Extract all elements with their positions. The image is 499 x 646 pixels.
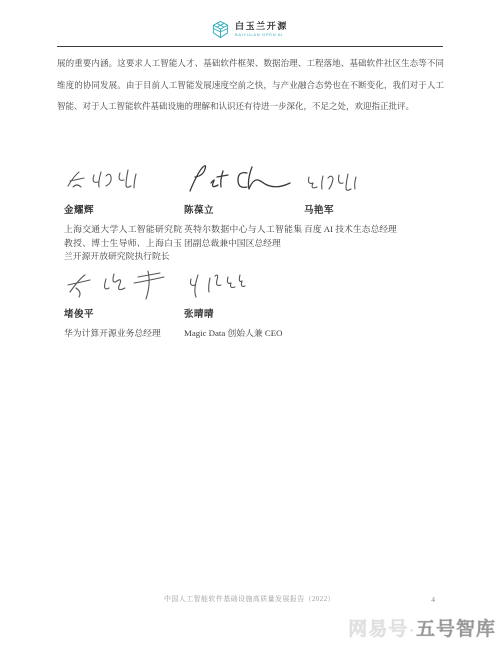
signature-area xyxy=(304,156,454,196)
footer-report-title: 中国人工智能软件基础设施高质量发展报告（2022） xyxy=(0,594,499,604)
signatory-name: 张晴晴 xyxy=(184,306,336,320)
signatory-title: Magic Data 创始人兼 CEO xyxy=(184,327,336,341)
signatory-title: 百度 AI 技术生态总经理 xyxy=(304,223,454,237)
signature-area xyxy=(184,156,302,196)
ma-yanjun-signature xyxy=(304,170,366,196)
logo-name: 白玉兰开源 xyxy=(235,22,288,31)
signatory-ma-yanjun: 马艳军 百度 AI 技术生态总经理 xyxy=(304,156,454,237)
signatory-title: 上海交通大学人工智能研究院教授、博士生导师、上海白玉兰开源开放研究院执行院长 xyxy=(64,223,182,264)
chen-baoli-signature xyxy=(184,162,294,196)
watermark-separator: · xyxy=(409,624,415,640)
watermark-brand: 五号智库 xyxy=(416,614,496,641)
signatory-jin-yaohui: 金耀辉 上海交通大学人工智能研究院教授、博士生导师、上海白玉兰开源开放研究院执行… xyxy=(64,156,182,264)
signatory-name: 金耀辉 xyxy=(64,202,182,216)
signatory-chen-baoli: 陈葆立 英特尔数据中心与人工智能集团副总裁兼中国区总经理 xyxy=(184,156,302,250)
report-page: 白玉兰开源 BAIYULAN OPEN AI 展的重要内涵。这要求人工智能人才、… xyxy=(0,0,499,646)
header-logo: 白玉兰开源 BAIYULAN OPEN AI xyxy=(0,20,499,39)
signatory-name: 堵俊平 xyxy=(64,306,182,320)
signature-area xyxy=(64,266,182,300)
signature-area xyxy=(64,156,182,196)
signatory-du-junping: 堵俊平 华为计算开源业务总经理 xyxy=(64,266,182,341)
signature-area xyxy=(184,266,336,300)
page-number: 4 xyxy=(431,595,435,604)
zhang-qingqing-signature xyxy=(184,270,256,300)
intro-paragraph: 展的重要内涵。这要求人工智能人才、基础软件框架、数据治理、工程落地、基础软件社区… xyxy=(57,53,444,118)
watermark-platform: 网易号 xyxy=(348,614,408,641)
signatory-title: 华为计算开源业务总经理 xyxy=(64,327,182,341)
cube-lattice-icon xyxy=(211,20,230,39)
header-divider xyxy=(57,46,443,47)
signatory-zhang-qingqing: 张晴晴 Magic Data 创始人兼 CEO xyxy=(184,266,336,341)
signatory-name: 陈葆立 xyxy=(184,202,302,216)
platform-watermark: 网易号 · 五号智库 xyxy=(348,614,496,641)
logo-text: 白玉兰开源 BAIYULAN OPEN AI xyxy=(235,22,288,37)
du-junping-signature xyxy=(64,268,172,300)
signatory-name: 马艳军 xyxy=(304,202,454,216)
signatory-title: 英特尔数据中心与人工智能集团副总裁兼中国区总经理 xyxy=(184,223,302,250)
jin-yaohui-signature xyxy=(64,164,144,196)
logo-subtitle: BAIYULAN OPEN AI xyxy=(235,33,288,37)
